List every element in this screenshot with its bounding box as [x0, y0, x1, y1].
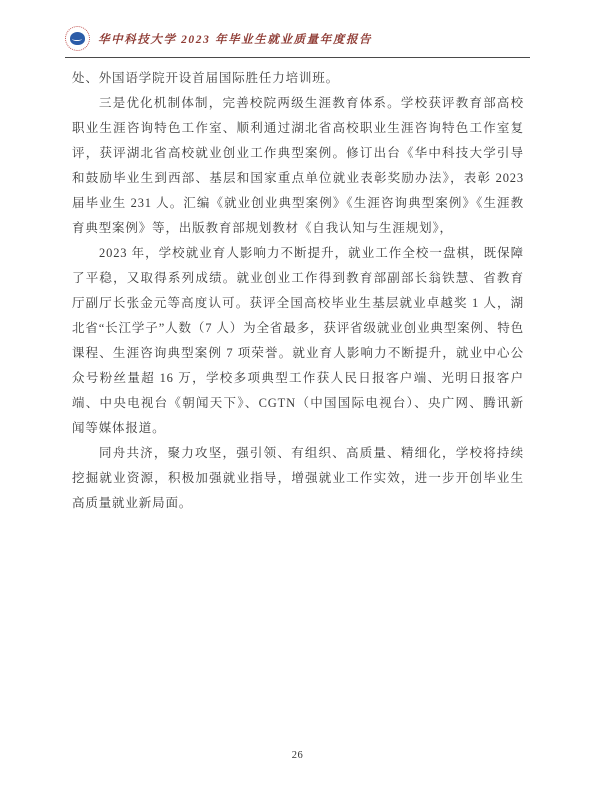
document-page: 华中科技大学 2023 年毕业生就业质量年度报告 处、外国语学院开设首届国际胜任… — [0, 0, 595, 808]
page-header: 华中科技大学 2023 年毕业生就业质量年度报告 — [65, 26, 530, 58]
university-seal-icon — [65, 26, 90, 51]
paragraph-closing-outlook: 同舟共济，聚力攻坚，强引领、有组织、高质量、精细化，学校将持续挖掘就业资源，积极… — [72, 441, 524, 516]
paragraph-mechanism-optimization: 三是优化机制体制，完善校院两级生涯教育体系。学校获评教育部高校职业生涯咨询特色工… — [72, 91, 524, 241]
body-text: 处、外国语学院开设首届国际胜任力培训班。 三是优化机制体制，完善校院两级生涯教育… — [72, 66, 524, 516]
report-header-title: 华中科技大学 2023 年毕业生就业质量年度报告 — [98, 31, 372, 47]
page-number: 26 — [0, 750, 595, 761]
paragraph-continuation: 处、外国语学院开设首届国际胜任力培训班。 — [72, 66, 524, 91]
university-seal-emblem — [70, 32, 85, 45]
paragraph-2023-achievements: 2023 年，学校就业育人影响力不断提升，就业工作全校一盘棋，既保障了平稳，又取… — [72, 241, 524, 441]
